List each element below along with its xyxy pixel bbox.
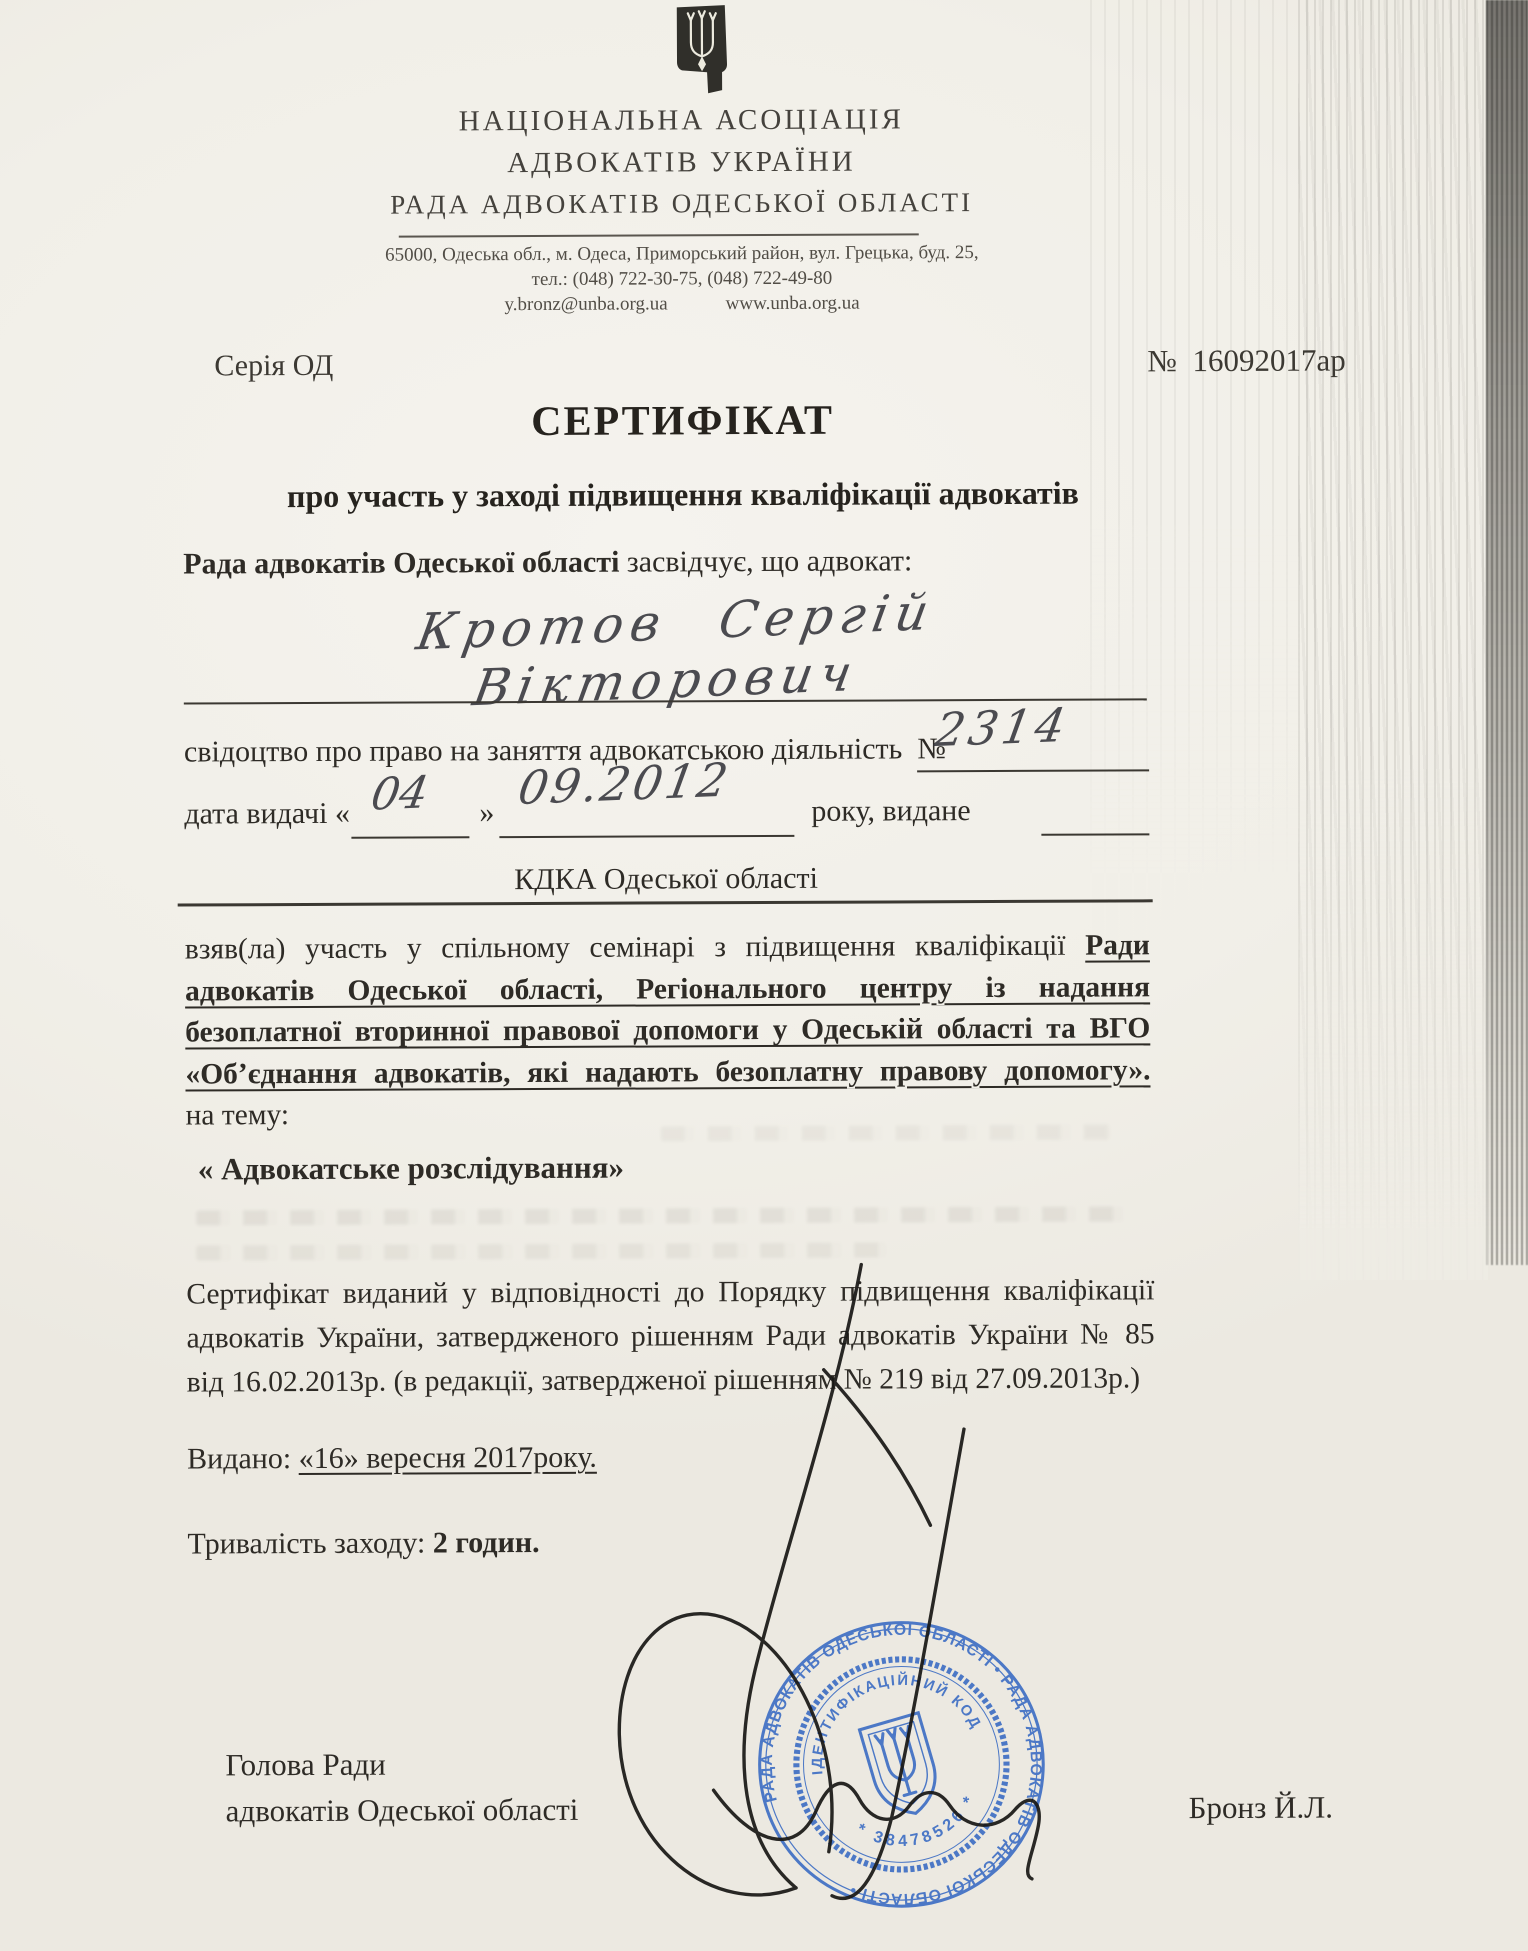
license-underline [917, 769, 1149, 772]
tryzub-emblem-icon [672, 4, 730, 94]
attestation-issuer: Рада адвокатів Одеської області [183, 546, 619, 581]
org-website: www.unba.org.ua [726, 293, 860, 315]
org-name-line3: РАДА АДВОКАТІВ ОДЕСЬКОЇ ОБЛАСТІ [177, 186, 1187, 221]
scanned-certificate-page: НАЦІОНАЛЬНА АСОЦІАЦІЯ АДВОКАТІВ УКРАЇНИ … [0, 0, 1528, 1951]
bleed-through-text [196, 1206, 1126, 1225]
issue-day-handwritten: 04 [367, 767, 432, 821]
issuing-body: КДКА Одеської області [185, 860, 1148, 898]
chairman-signature [561, 1249, 1104, 1941]
org-email: y.bronz@unba.org.ua [504, 293, 667, 315]
certificate-number: № 16092017ар [1147, 342, 1345, 379]
issue-date-quote: » [479, 796, 494, 830]
duration-label: Тривалість заходу: [187, 1526, 433, 1560]
org-name-line2: АДВОКАТІВ УКРАЇНИ [176, 144, 1186, 181]
series-label: Серія ОД [214, 349, 333, 384]
document-content: НАЦІОНАЛЬНА АСОЦІАЦІЯ АДВОКАТІВ УКРАЇНИ … [0, 0, 1528, 1951]
certificate-title: СЕРТИФІКАТ [177, 395, 1187, 447]
org-address: 65000, Одеська обл., м. Одеса, Приморськ… [177, 241, 1187, 267]
certificate-subtitle: про участь у заході підвищення кваліфіка… [148, 474, 1218, 516]
issued-by-underline [1041, 833, 1149, 835]
bleed-through-text [661, 1124, 1111, 1141]
monthyear-underline [499, 835, 794, 838]
signer-title-line1: Голова Ради [225, 1747, 386, 1784]
duration-line: Тривалість заходу: 2 годин. [187, 1526, 539, 1562]
issuing-body-underline [178, 899, 1153, 906]
seminar-topic: « Адвокатське розслідування» [198, 1150, 624, 1188]
issue-monthyear-handwritten: 09.2012 [514, 752, 734, 815]
org-contacts: y.bronz@unba.org.uawww.unba.org.ua [177, 291, 1187, 317]
duration-value: 2 годин. [433, 1526, 540, 1559]
org-phone: тел.: (048) 722-30-75, (048) 722-49-80 [177, 266, 1187, 292]
issue-date-suffix: року, видане [811, 794, 970, 829]
participation-lead: взяв(ла) участь у спільному семінарі з п… [185, 930, 1085, 966]
signer-name: Бронз Й.Л. [1189, 1790, 1333, 1827]
issue-date-prefix: дата видачі « [184, 797, 350, 832]
header-divider [399, 233, 919, 237]
signer-title-line2: адвокатів Одеської області [226, 1792, 579, 1830]
issued-date: «16» вересня 2017року. [299, 1441, 597, 1475]
attestation-line: Рада адвокатів Одеської області засвідчу… [183, 543, 1183, 581]
issued-label: Видано: [187, 1442, 299, 1475]
attestation-rest: засвідчує, що адвокат: [619, 544, 912, 578]
issued-line: Видано: «16» вересня 2017року. [187, 1441, 597, 1477]
license-number-handwritten: 2314 [931, 698, 1073, 758]
topic-label: на тему: [186, 1099, 290, 1132]
day-underline [351, 836, 469, 839]
participation-paragraph: взяв(ла) участь у спільному семінарі з п… [185, 925, 1151, 1095]
org-name-line1: НАЦІОНАЛЬНА АСОЦІАЦІЯ [176, 102, 1186, 139]
